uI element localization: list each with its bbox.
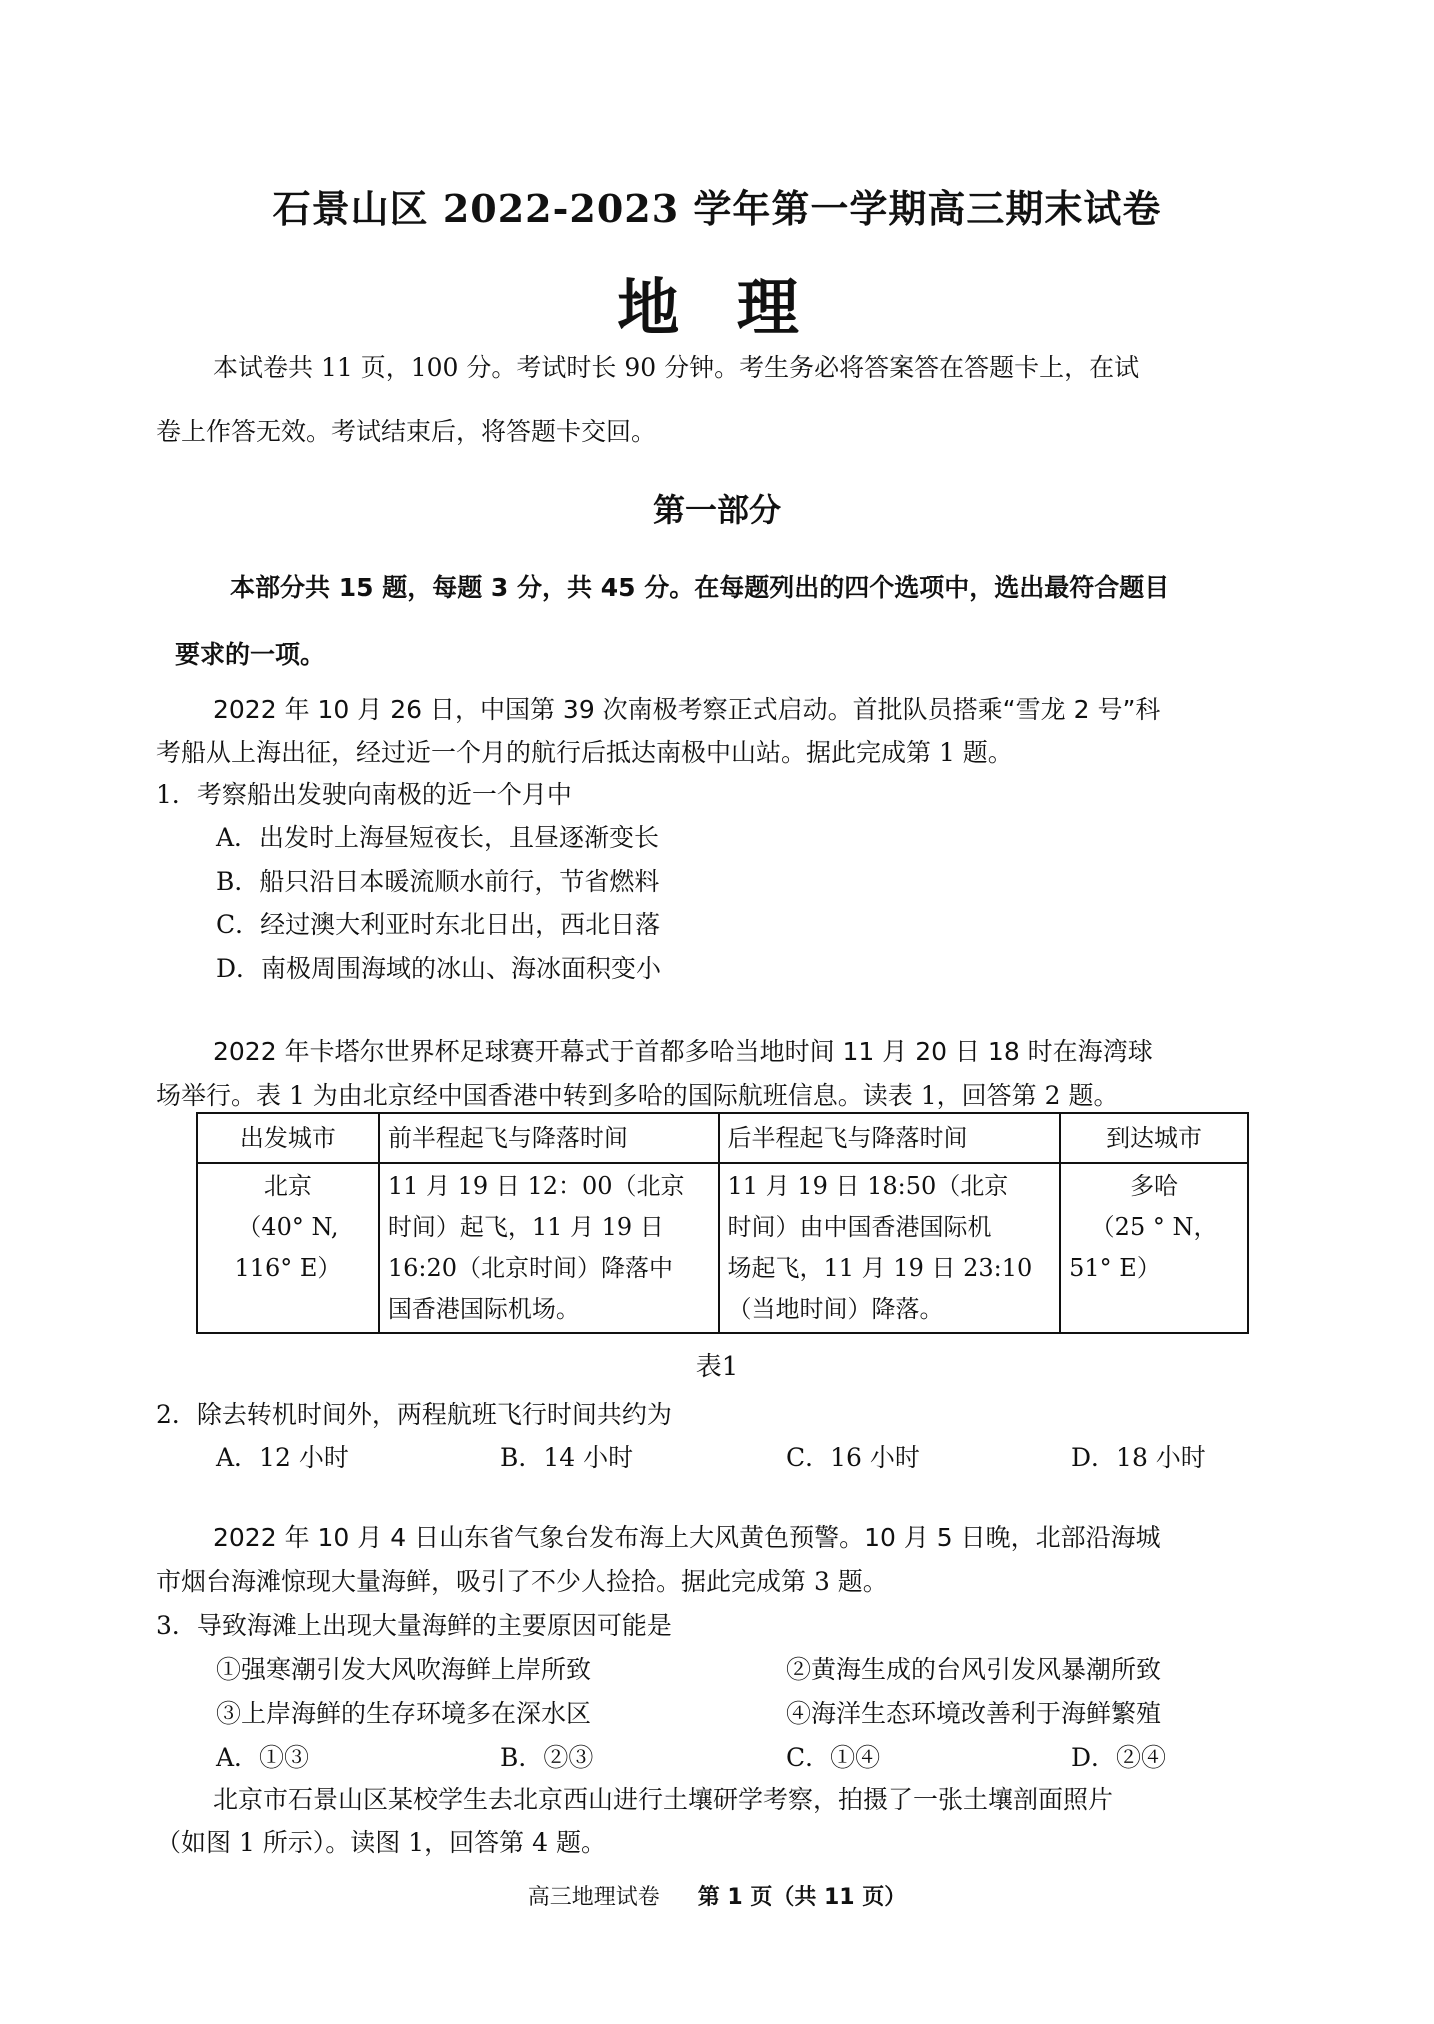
q2-stem: 2．除去转机时间外，两程航班飞行时间共约为 bbox=[156, 1395, 672, 1431]
table-row: 北京 （40° N, 116° E） 11 月 19 日 12：00（北京 时间… bbox=[197, 1163, 1248, 1333]
departure-longitude: 116° E） bbox=[206, 1248, 370, 1289]
table-caption: 表1 bbox=[0, 1346, 1434, 1383]
q3-stem: 3．导致海滩上出现大量海鲜的主要原因可能是 bbox=[156, 1606, 672, 1642]
header-first-leg: 前半程起飞与降落时间 bbox=[379, 1113, 719, 1163]
second-leg-line: 时间）由中国香港国际机 bbox=[728, 1207, 1052, 1248]
cell-arrival: 多哈 （25 ° N， 51° E） bbox=[1060, 1163, 1248, 1333]
cell-second-leg: 11 月 19 日 18:50（北京 时间）由中国香港国际机 场起飞，11 月 … bbox=[719, 1163, 1061, 1333]
q3-statement-3: ③上岸海鲜的生存环境多在深水区 bbox=[216, 1694, 591, 1730]
second-leg-line: 场起飞，11 月 19 日 23:10 bbox=[728, 1248, 1052, 1289]
instructions-line-2: 卷上作答无效。考试结束后，将答题卡交回。 bbox=[156, 412, 656, 448]
q3-context-line-2: 市烟台海滩惊现大量海鲜，吸引了不少人捡拾。据此完成第 3 题。 bbox=[156, 1562, 888, 1598]
table-header-row: 出发城市 前半程起飞与降落时间 后半程起飞与降落时间 到达城市 bbox=[197, 1113, 1248, 1163]
header-second-leg: 后半程起飞与降落时间 bbox=[719, 1113, 1061, 1163]
first-leg-line: 11 月 19 日 12：00（北京 bbox=[388, 1166, 710, 1207]
q2-option-a: A．12 小时 bbox=[216, 1438, 349, 1474]
q1-stem: 1．考察船出发驶向南极的近一个月中 bbox=[156, 775, 572, 811]
section-title: 第一部分 bbox=[0, 485, 1434, 531]
q1-option-b: B．船只沿日本暖流顺水前行，节省燃料 bbox=[216, 862, 659, 898]
q3-option-b: B．②③ bbox=[500, 1738, 593, 1774]
q1-context-line-1: 2022 年 10 月 26 日，中国第 39 次南极考察正式启动。首批队员搭乘… bbox=[213, 690, 1160, 726]
q4-context-line-1: 北京市石景山区某校学生去北京西山进行土壤研学考察，拍摄了一张土壤剖面照片 bbox=[213, 1780, 1113, 1816]
header-arrival-city: 到达城市 bbox=[1060, 1113, 1248, 1163]
q2-context-line-2: 场举行。表 1 为由北京经中国香港中转到多哈的国际航班信息。读表 1，回答第 2… bbox=[156, 1076, 1118, 1112]
arrival-latitude: （25 ° N， bbox=[1069, 1207, 1239, 1248]
section-description-line-1: 本部分共 15 题，每题 3 分，共 45 分。在每题列出的四个选项中，选出最符… bbox=[230, 568, 1169, 604]
q3-statement-4: ④海洋生态环境改善利于海鲜繁殖 bbox=[786, 1694, 1161, 1730]
q3-statement-2: ②黄海生成的台风引发风暴潮所致 bbox=[786, 1650, 1161, 1686]
q1-option-c: C．经过澳大利亚时东北日出，西北日落 bbox=[216, 905, 660, 941]
q3-option-d: D．②④ bbox=[1071, 1738, 1166, 1774]
arrival-longitude: 51° E） bbox=[1069, 1248, 1239, 1289]
section-description-line-2: 要求的一项。 bbox=[175, 635, 325, 671]
q1-context-line-2: 考船从上海出征，经过近一个月的航行后抵达南极中山站。据此完成第 1 题。 bbox=[156, 733, 1013, 769]
q2-option-b: B．14 小时 bbox=[500, 1438, 633, 1474]
cell-departure: 北京 （40° N, 116° E） bbox=[197, 1163, 379, 1333]
q1-option-a: A．出发时上海昼短夜长，且昼逐渐变长 bbox=[216, 818, 659, 854]
departure-city-name: 北京 bbox=[206, 1166, 370, 1207]
first-leg-line: 国香港国际机场。 bbox=[388, 1289, 710, 1330]
q3-option-c: C．①④ bbox=[786, 1738, 880, 1774]
departure-latitude: （40° N, bbox=[206, 1207, 370, 1248]
q2-option-c: C．16 小时 bbox=[786, 1438, 920, 1474]
q2-context-line-1: 2022 年卡塔尔世界杯足球赛开幕式于首都多哈当地时间 11 月 20 日 18… bbox=[213, 1032, 1153, 1068]
instructions-line-1: 本试卷共 11 页，100 分。考试时长 90 分钟。考生务必将答案答在答题卡上… bbox=[213, 348, 1139, 384]
arrival-city-name: 多哈 bbox=[1069, 1166, 1239, 1207]
subject-title: 地 理 bbox=[0, 258, 1434, 347]
second-leg-line: （当地时间）降落。 bbox=[728, 1289, 1052, 1330]
cell-first-leg: 11 月 19 日 12：00（北京 时间）起飞，11 月 19 日 16:20… bbox=[379, 1163, 719, 1333]
q4-context-line-2: （如图 1 所示）。读图 1，回答第 4 题。 bbox=[156, 1823, 606, 1859]
flight-info-table: 出发城市 前半程起飞与降落时间 后半程起飞与降落时间 到达城市 北京 （40° … bbox=[196, 1112, 1249, 1334]
q2-option-d: D．18 小时 bbox=[1071, 1438, 1206, 1474]
first-leg-line: 时间）起飞，11 月 19 日 bbox=[388, 1207, 710, 1248]
q3-statement-1: ①强寒潮引发大风吹海鲜上岸所致 bbox=[216, 1650, 591, 1686]
header-departure-city: 出发城市 bbox=[197, 1113, 379, 1163]
q3-context-line-1: 2022 年 10 月 4 日山东省气象台发布海上大风黄色预警。10 月 5 日… bbox=[213, 1518, 1161, 1554]
page-footer: 高三地理试卷第 1 页（共 11 页） bbox=[0, 1880, 1434, 1911]
footer-page-number: 第 1 页（共 11 页） bbox=[698, 1885, 907, 1910]
q3-option-a: A．①③ bbox=[216, 1738, 309, 1774]
first-leg-line: 16:20（北京时间）降落中 bbox=[388, 1248, 710, 1289]
q1-option-d: D．南极周围海域的冰山、海冰面积变小 bbox=[216, 949, 661, 985]
footer-paper-name: 高三地理试卷 bbox=[528, 1885, 660, 1910]
exam-title: 石景山区 2022-2023 学年第一学期高三期末试卷 bbox=[0, 178, 1434, 233]
second-leg-line: 11 月 19 日 18:50（北京 bbox=[728, 1166, 1052, 1207]
